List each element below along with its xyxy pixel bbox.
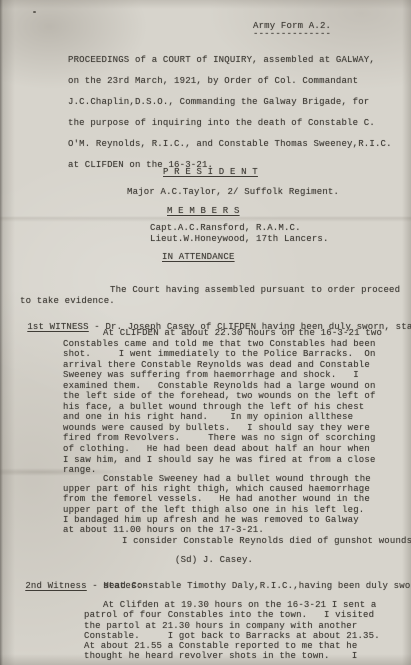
witness2-states-line: states:-: [103, 581, 148, 592]
form-label-underline: --------------: [253, 29, 331, 40]
witness2-statement: At Clifden at 19.30 hours on the 16-3-21…: [84, 600, 380, 662]
witness1-statement-1: At CLIFDEN at about 22.30 hours on the 1…: [63, 328, 382, 476]
witness1-signature: (Sd) J. Casey.: [175, 555, 253, 566]
members-heading: M E M B E R S: [167, 206, 240, 217]
attendance-heading: IN ATTENDANCE: [162, 252, 235, 263]
witness1-statement-2: Constable Sweeney had a bullet wound thr…: [63, 474, 371, 535]
witness2-heading: 2nd Witness - Head Constable Timothy Dal…: [3, 570, 411, 602]
president-heading: P R E S I D E N T: [163, 167, 258, 178]
assembly-paragraph: The Court having assembled pursuant to o…: [20, 285, 400, 306]
members-list: Capt.A.C.Ransford, R.A.M.C. Lieut.W.Hone…: [150, 223, 329, 244]
opening-paragraph: PROCEEDINGS of a COURT of INQUIRY, assem…: [68, 50, 392, 176]
witness2-label: 2nd Witness: [25, 581, 86, 591]
document-page: Army Form A.2. -------------- PROCEEDING…: [0, 0, 411, 665]
president-name: Major A.C.Taylor, 2/ Suffolk Regiment.: [127, 187, 339, 198]
witness1-conclusion: I consider Constable Reynolds died of gu…: [122, 536, 411, 547]
paper-speck: [33, 11, 36, 13]
